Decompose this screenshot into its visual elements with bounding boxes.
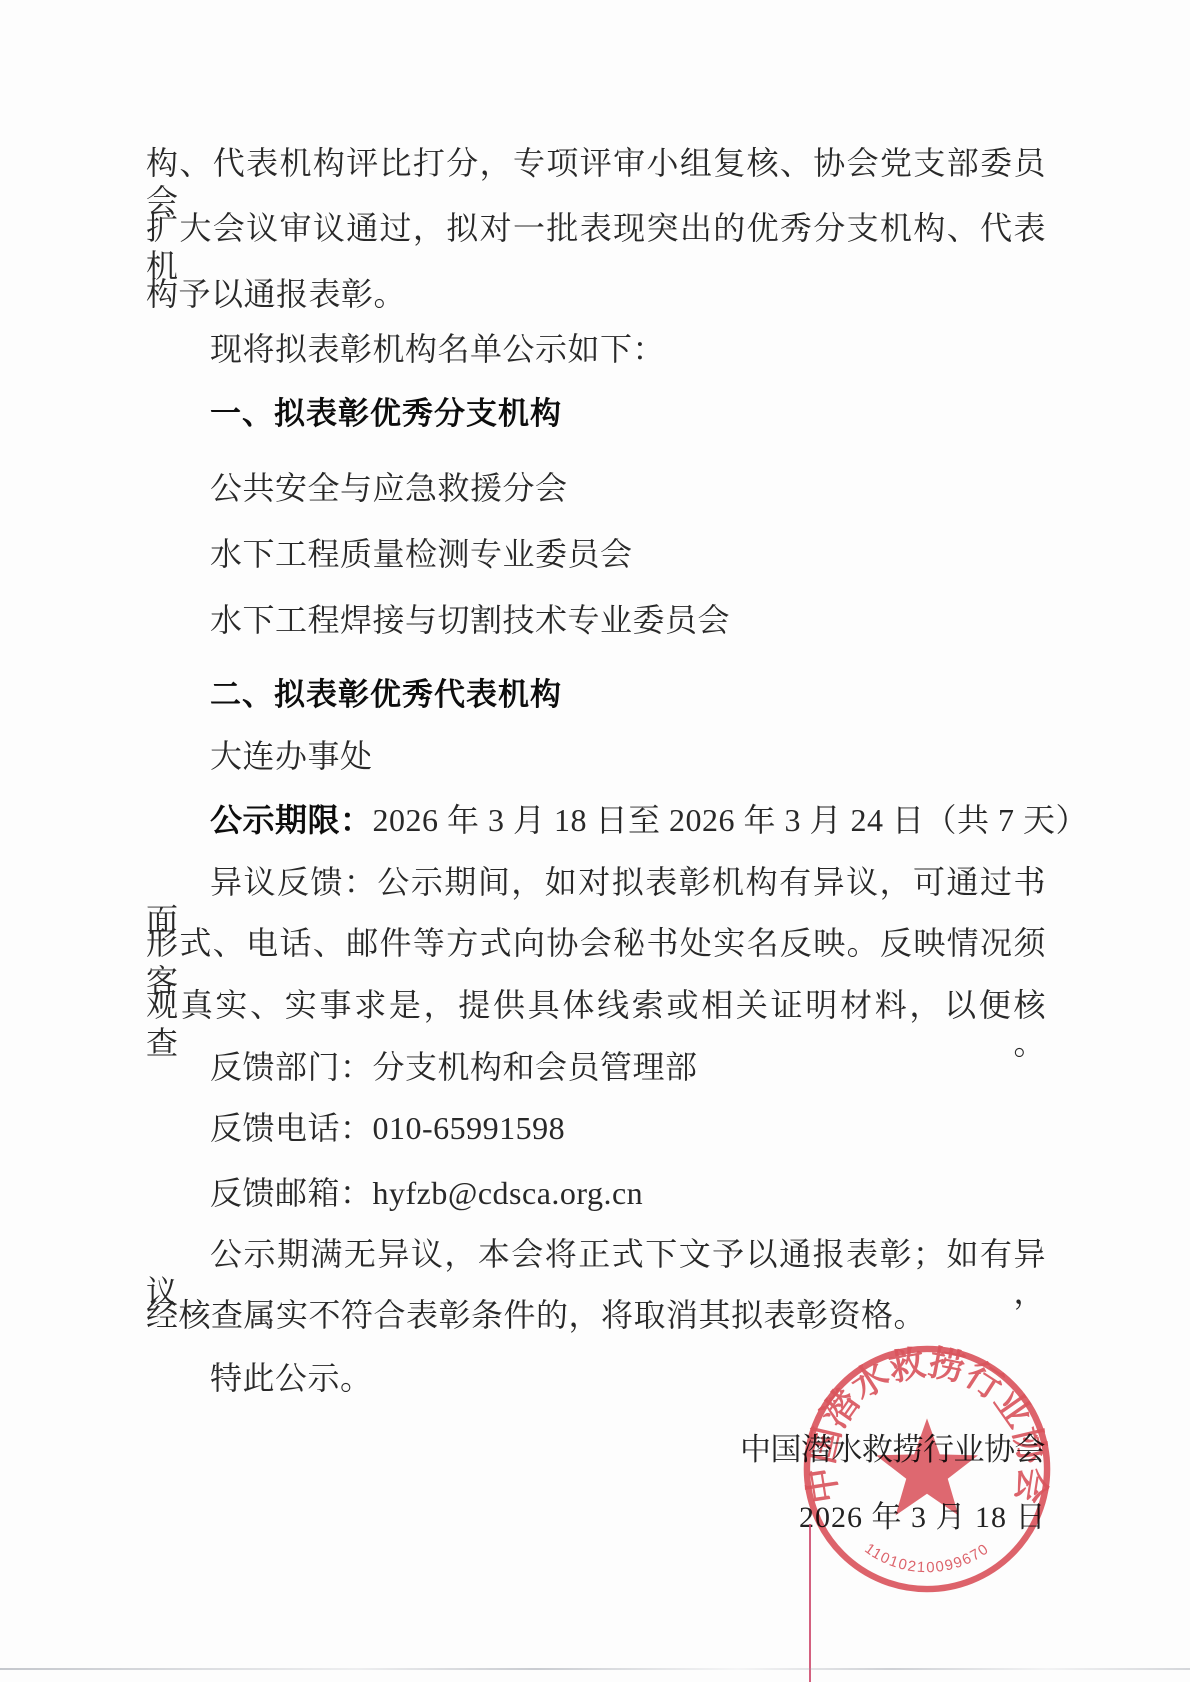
notice-period-line: 公示期限：2026 年 3 月 18 日至 2026 年 3 月 24 日（共 …	[146, 802, 1046, 840]
paragraph-line: 经核查属实不符合表彰条件的，将取消其拟表彰资格。	[146, 1297, 1046, 1335]
paragraph-line: 现将拟表彰机构名单公示如下：	[146, 331, 1046, 369]
paragraph-line: 扩大会议审议通过，拟对一批表现突出的优秀分支机构、代表机	[146, 210, 1046, 286]
office-item: 大连办事处	[146, 738, 1046, 776]
section-heading-1: 一、拟表彰优秀分支机构	[146, 396, 1046, 433]
red-fold-line	[809, 1524, 811, 1682]
seal-star-icon	[876, 1418, 978, 1515]
svg-text:11010210099670: 11010210099670	[861, 1541, 992, 1576]
feedback-phone-line: 反馈电话：010-65991598	[146, 1110, 1046, 1148]
official-seal: 中国潜水救捞行业协会 11010210099670	[798, 1340, 1056, 1598]
document-page: 构、代表机构评比打分，专项评审小组复核、协会党支部委员会 扩大会议审议通过，拟对…	[0, 0, 1190, 1682]
paragraph-line: 构予以通报表彰。	[146, 276, 1046, 314]
branch-item: 公共安全与应急救援分会	[146, 470, 1046, 508]
feedback-email-line: 反馈邮箱：hyfzb@cdsca.org.cn	[146, 1175, 1046, 1213]
page-bottom-edge	[0, 1668, 1190, 1670]
notice-period-label: 公示期限：	[210, 802, 373, 838]
section-heading-2: 二、拟表彰优秀代表机构	[146, 677, 1046, 714]
seal-code: 11010210099670	[861, 1541, 992, 1576]
feedback-department-line: 反馈部门：分支机构和会员管理部	[146, 1049, 1046, 1087]
notice-period-value: 2026 年 3 月 18 日至 2026 年 3 月 24 日（共 7 天）	[373, 802, 1089, 838]
branch-item: 水下工程焊接与切割技术专业委员会	[146, 602, 1046, 640]
branch-item: 水下工程质量检测专业委员会	[146, 536, 1046, 574]
